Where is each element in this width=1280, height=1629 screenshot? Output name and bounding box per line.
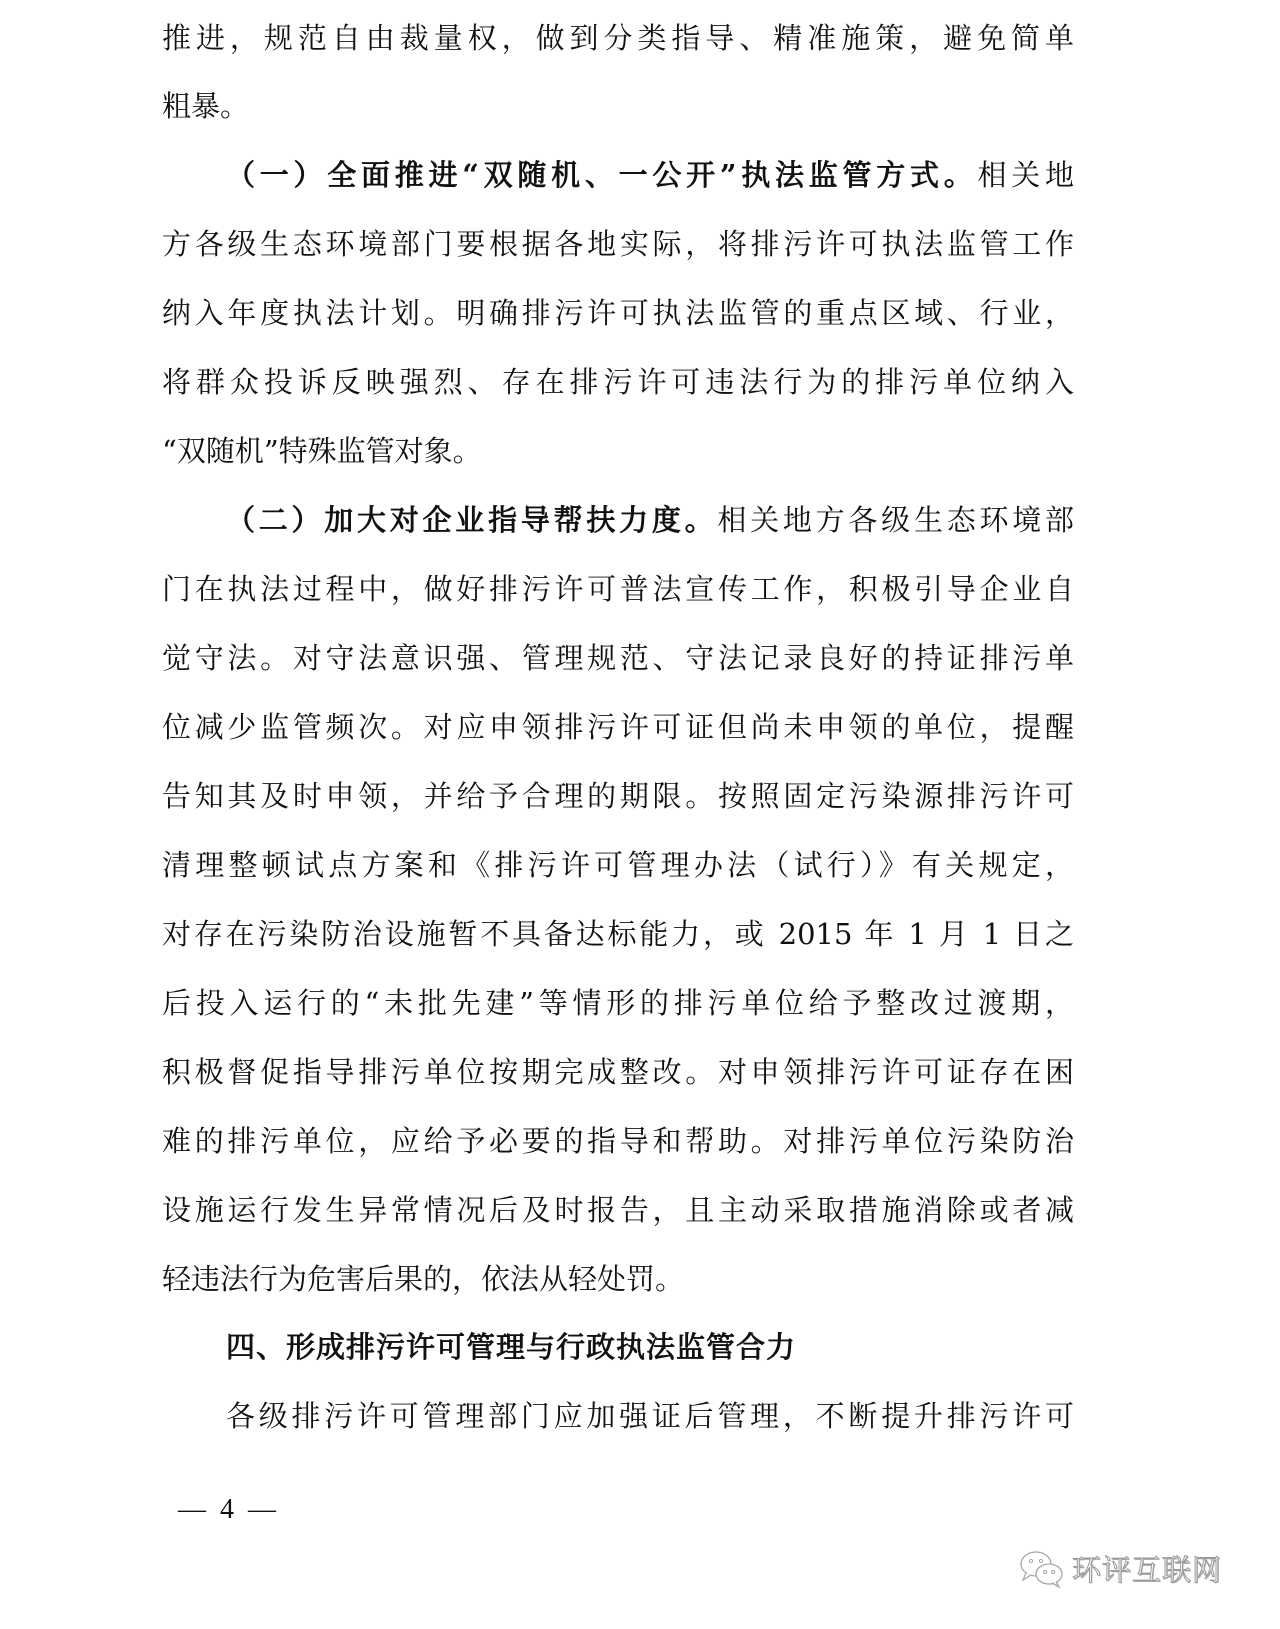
body-line: 告知其及时申领，并给予合理的期限。按照固定污染源排污许可	[162, 776, 1074, 816]
subsection-2-line: （二）加大对企业指导帮扶力度。相关地方各级生态环境部	[226, 500, 1074, 540]
subsection-1-line: （一）全面推进“双随机、一公开”执法监管方式。相关地	[226, 155, 1074, 195]
body-line: 后投入运行的“未批先建”等情形的排污单位给予整改过渡期，	[162, 983, 1074, 1023]
body-line: 纳入年度执法计划。明确排污许可执法监管的重点区域、行业，	[162, 293, 1074, 333]
body-line: 门在执法过程中，做好排污许可普法宣传工作，积极引导企业自	[162, 569, 1074, 609]
body-line: 设施运行发生异常情况后及时报告，且主动采取措施消除或者减	[162, 1190, 1074, 1230]
body-line: 各级排污许可管理部门应加强证后管理，不断提升排污许可	[226, 1396, 1074, 1436]
body-line: 轻违法行为危害后果的，依法从轻处罚。	[162, 1259, 1074, 1299]
page-number: — 4 —	[178, 1490, 276, 1530]
body-line: 积极督促指导排污单位按期完成整改。对申领排污许可证存在困	[162, 1052, 1074, 1092]
body-line: 觉守法。对守法意识强、管理规范、守法记录良好的持证排污单	[162, 638, 1074, 678]
body-line: 对存在污染防治设施暂不具备达标能力，或 2015 年 1 月 1 日之	[162, 914, 1074, 954]
body-line: 将群众投诉反映强烈、存在排污许可违法行为的排污单位纳入	[162, 362, 1074, 402]
body-line: “双随机”特殊监管对象。	[162, 431, 1074, 471]
subsection-2-heading: （二）加大对企业指导帮扶力度。	[226, 503, 717, 537]
body-line: 清理整顿试点方案和《排污许可管理办法（试行）》有关规定，	[162, 845, 1074, 885]
section-heading: 四、形成排污许可管理与行政执法监管合力	[226, 1327, 796, 1367]
body-text: 相关地方各级生态环境部	[717, 503, 1074, 537]
body-line: 位减少监管频次。对应申领排污许可证但尚未申领的单位，提醒	[162, 707, 1074, 747]
watermark-text: 环评互联网	[1072, 1548, 1222, 1589]
body-line: 粗暴。	[162, 86, 1074, 126]
document-page: 推进，规范自由裁量权，做到分类指导、精准施策，避免简单 粗暴。 （一）全面推进“…	[0, 0, 1280, 1629]
body-line: 难的排污单位，应给予必要的指导和帮助。对排污单位污染防治	[162, 1121, 1074, 1161]
body-line: 方各级生态环境部门要根据各地实际，将排污许可执法监管工作	[162, 224, 1074, 264]
body-text: 相关地	[977, 158, 1074, 192]
watermark: 环评互联网	[1018, 1548, 1222, 1589]
subsection-1-heading: （一）全面推进“双随机、一公开”执法监管方式。	[226, 158, 977, 192]
wechat-icon	[1018, 1549, 1066, 1589]
body-line: 推进，规范自由裁量权，做到分类指导、精准施策，避免简单	[162, 18, 1074, 58]
